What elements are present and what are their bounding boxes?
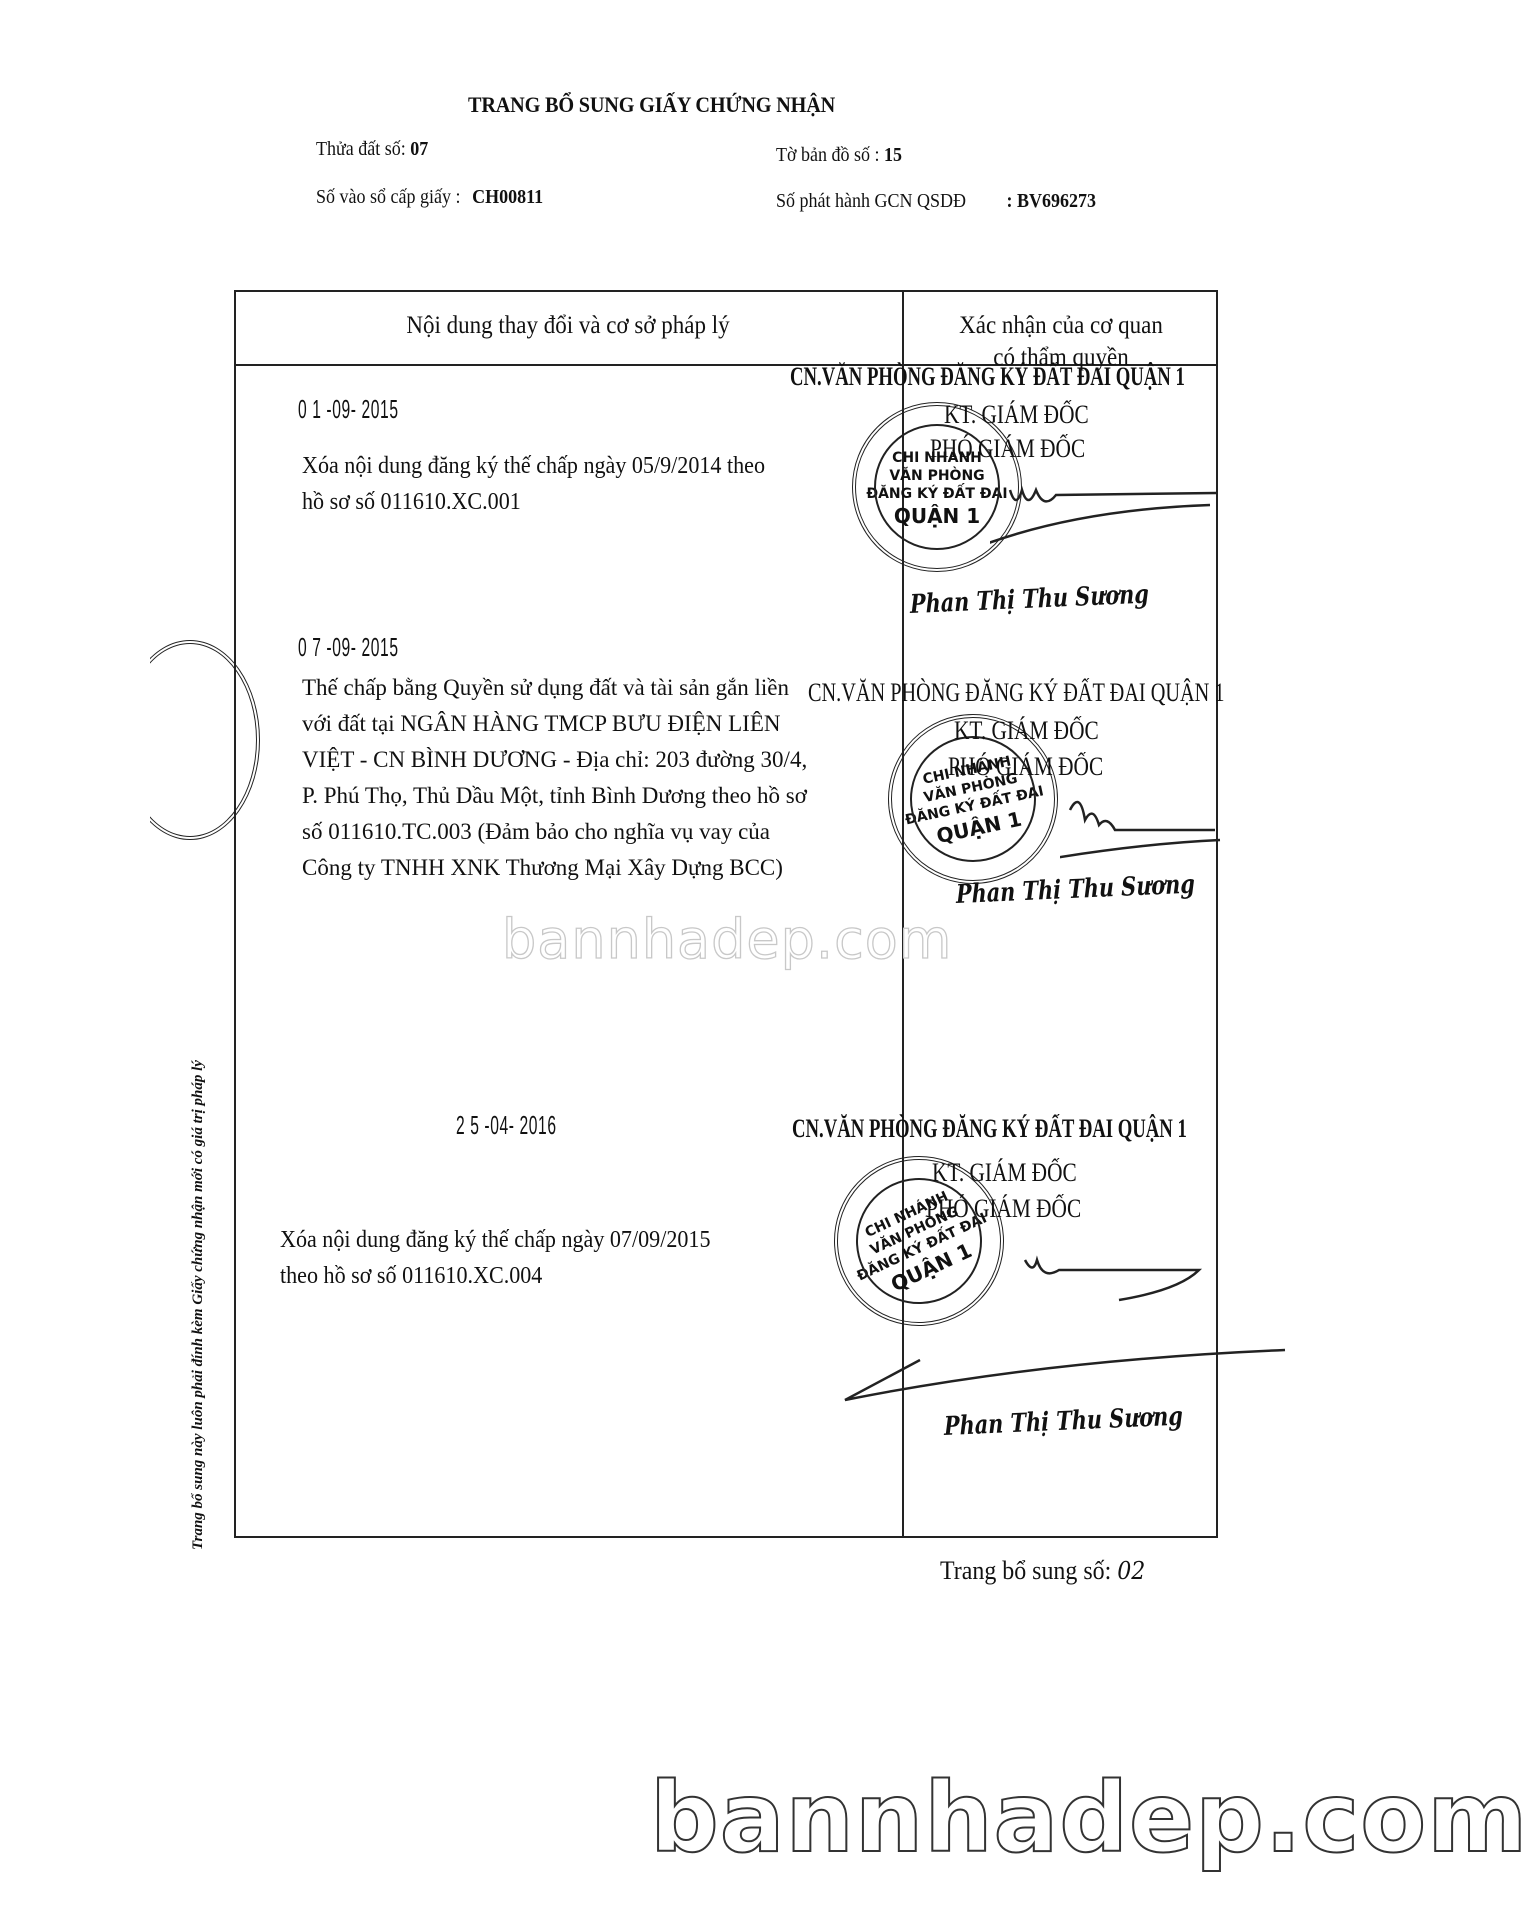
- entry-2-line: P. Phú Thọ, Thủ Dầu Một, tỉnh Bình Dương…: [302, 778, 902, 814]
- document-title: TRANG BỔ SUNG GIẤY CHỨNG NHẬN: [468, 92, 835, 118]
- watermark-text: bannhadep.com: [502, 908, 952, 971]
- signature-stroke-icon: [1020, 1240, 1230, 1330]
- register-label: Số vào sổ cấp giấy :: [316, 186, 460, 208]
- entry-1-role1: KT. GIÁM ĐỐC: [944, 400, 1089, 430]
- supplement-page-value: 02: [1117, 1557, 1145, 1585]
- header-content-changes: Nội dung thay đổi và cơ sở pháp lý: [261, 312, 876, 340]
- parcel-value: 07: [410, 138, 428, 160]
- map-sheet-label: Tờ bản đồ số :: [776, 144, 880, 166]
- stamp-text: VĂN PHÒNG: [889, 467, 984, 485]
- entry-3-office: CN.VĂN PHÒNG ĐĂNG KÝ ĐẤT ĐAI QUẬN 1: [792, 1114, 1187, 1144]
- entry-1-date: 0 1 -09- 2015: [298, 394, 399, 425]
- entry-1-text: Xóa nội dung đăng ký thế chấp ngày 05/9/…: [302, 448, 765, 520]
- entry-3-line: Xóa nội dung đăng ký thế chấp ngày 07/09…: [280, 1222, 710, 1258]
- entry-3-date: 2 5 -04- 2016: [456, 1110, 557, 1141]
- entry-2-line: Công ty TNHH XNK Thương Mại Xây Dựng BCC…: [302, 850, 902, 886]
- map-sheet-number: Tờ bản đồ số : 15: [776, 144, 902, 167]
- signature-stroke-icon: [1060, 780, 1230, 880]
- entry-1-office: CN.VĂN PHÒNG ĐĂNG KÝ ĐẤT ĐAI QUẬN 1: [790, 362, 1185, 392]
- entry-1-line: Xóa nội dung đăng ký thế chấp ngày 05/9/…: [302, 448, 765, 484]
- map-sheet-value: 15: [884, 144, 902, 166]
- issue-number: Số phát hành GCN QSDĐ : BV696273: [776, 190, 1096, 213]
- parcel-label: Thửa đất số:: [316, 138, 406, 160]
- watermark-text-large: bannhadep.com: [650, 1762, 1528, 1874]
- entry-2-date: 0 7 -09- 2015: [298, 632, 399, 663]
- entry-2-line: số 011610.TC.003 (Đảm bảo cho nghĩa vụ v…: [302, 814, 902, 850]
- entry-2-line: với đất tại NGÂN HÀNG TMCP BƯU ĐIỆN LIÊN: [302, 706, 902, 742]
- header-authority-line1: Xác nhận của cơ quan: [917, 310, 1206, 342]
- issue-value: : BV696273: [1007, 190, 1097, 212]
- stamp-text: ĐĂNG KÝ ĐẤT ĐAI: [866, 485, 1007, 503]
- parcel-number: Thửa đất số: 07: [316, 138, 428, 161]
- entry-3-line: theo hồ sơ số 011610.XC.004: [280, 1258, 710, 1294]
- stamp-text: QUẬN 1: [894, 507, 980, 525]
- supplement-page-label: Trang bổ sung số:: [940, 1556, 1111, 1585]
- entry-3-text: Xóa nội dung đăng ký thế chấp ngày 07/09…: [280, 1222, 710, 1294]
- signature-stroke-icon: [990, 470, 1220, 560]
- partial-stamp-icon: [120, 640, 260, 840]
- entry-2-line: VIỆT - CN BÌNH DƯƠNG - Địa chỉ: 203 đườn…: [302, 742, 902, 778]
- entry-2-role2: PHÓ GIÁM ĐỐC: [948, 752, 1103, 782]
- supplement-page-number: Trang bổ sung số: 02: [940, 1556, 1145, 1586]
- side-note: Trang bổ sung này luôn phải đính kèm Giấ…: [190, 1060, 207, 1550]
- entry-1-line: hồ sơ số 011610.XC.001: [302, 484, 765, 520]
- entry-1-role2: PHÓ GIÁM ĐỐC: [930, 434, 1085, 464]
- entry-2-role1: KT. GIÁM ĐỐC: [954, 716, 1099, 746]
- entry-3-role1: KT. GIÁM ĐỐC: [932, 1158, 1077, 1188]
- entry-2-office: CN.VĂN PHÒNG ĐĂNG KÝ ĐẤT ĐAI QUẬN 1: [808, 678, 1224, 708]
- stamp-text: ĐĂNG KÝ ĐẤT ĐAI: [903, 782, 1045, 829]
- entry-3-role2: PHÓ GIÁM ĐỐC: [926, 1194, 1081, 1224]
- issue-label: Số phát hành GCN QSDĐ: [776, 190, 966, 212]
- register-value: CH00811: [472, 186, 543, 208]
- stamp-text: QUẬN 1: [888, 1241, 974, 1294]
- stamp-text: QUẬN 1: [935, 810, 1023, 846]
- register-number: Số vào sổ cấp giấy : CH00811: [316, 186, 543, 209]
